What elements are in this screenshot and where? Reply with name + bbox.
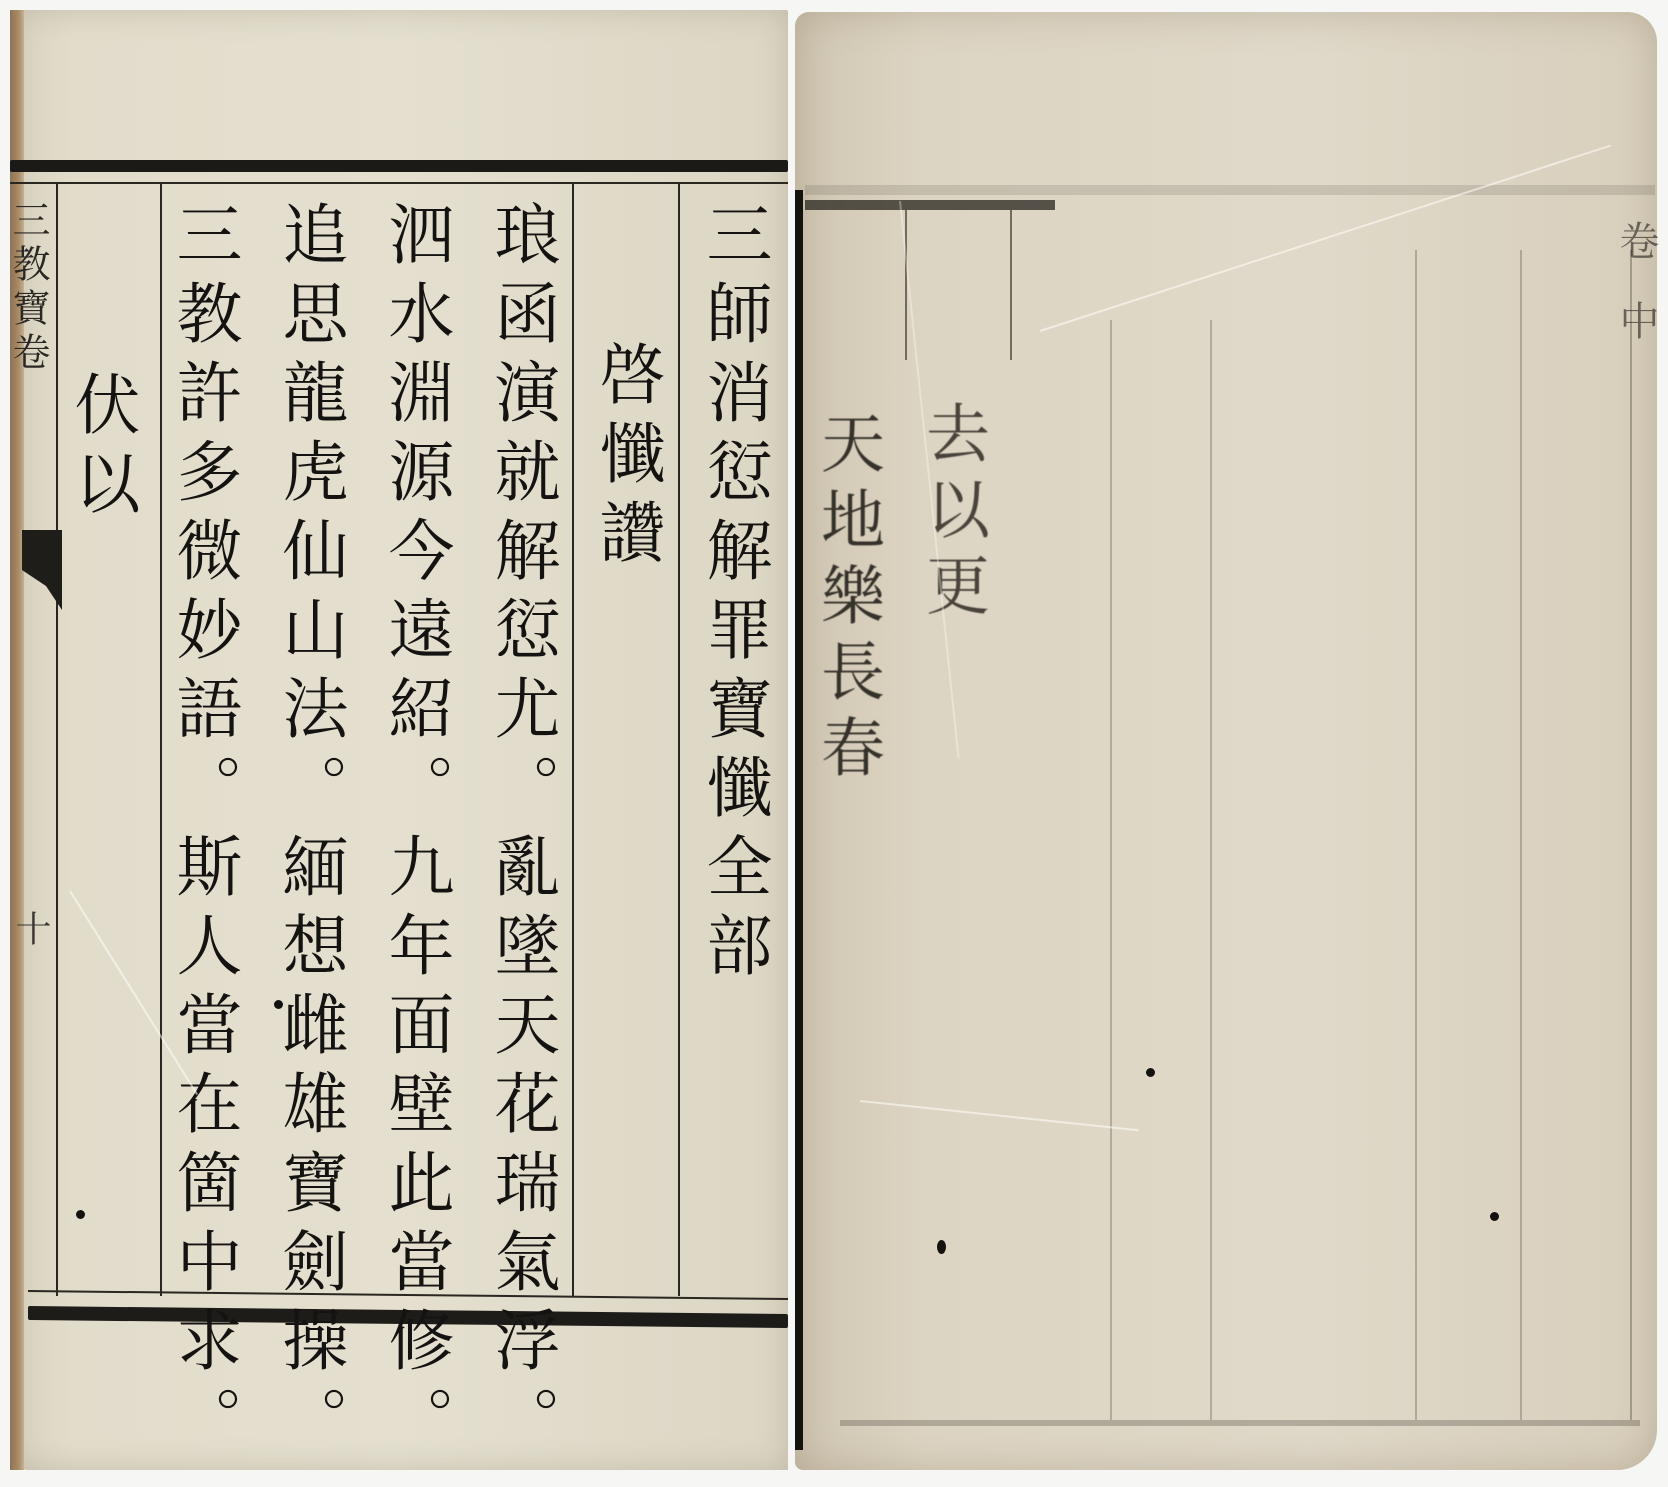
top-frame-border xyxy=(10,160,788,172)
scripture-title: 三師消愆解罪寶懺全部 xyxy=(700,200,766,990)
banxin-page-number: 十 xyxy=(16,910,56,946)
right-page xyxy=(795,12,1657,1470)
ink-dot xyxy=(1490,1212,1499,1221)
column-rule xyxy=(905,210,907,360)
opening-phrase: 伏以 xyxy=(68,370,134,528)
faded-column-rule xyxy=(1415,250,1417,1420)
section-heading: 啓懺讚 xyxy=(593,340,659,577)
verse-line-2: 泗水淵源今遠紹。九年面壁此當修。 xyxy=(382,200,448,1464)
book-photo: 三教寶卷 十 三師消愆解罪寶懺全部 啓懺讚 琅函演就解愆尤。亂墜天花瑞氣浮。 泗… xyxy=(0,0,1668,1487)
fishtail-ornament xyxy=(22,530,62,610)
left-page: 三教寶卷 十 三師消愆解罪寶懺全部 啓懺讚 琅函演就解愆尤。亂墜天花瑞氣浮。 泗… xyxy=(10,10,788,1470)
banxin-title: 三教寶卷 xyxy=(20,200,56,376)
faded-column-rule xyxy=(1210,320,1212,1420)
banxin-rule xyxy=(1630,250,1632,1420)
column-rule xyxy=(160,184,162,1296)
faded-column-rule xyxy=(1110,320,1112,1420)
faded-column-rule xyxy=(1520,250,1522,1420)
column-rule xyxy=(572,184,574,1296)
column-rule xyxy=(678,184,680,1296)
top-frame-inner-line xyxy=(10,182,788,184)
right-edge-banxin: 卷 中 xyxy=(1625,220,1665,340)
verse-line-1: 琅函演就解愆尤。亂墜天花瑞氣浮。 xyxy=(488,200,554,1464)
faded-top-border xyxy=(805,185,1655,195)
column-rule xyxy=(1010,210,1012,360)
ink-dot xyxy=(274,1000,283,1009)
ink-dot xyxy=(1146,1068,1155,1077)
verse-line-4: 三教許多微妙語。斯人當在箇中求。 xyxy=(170,200,236,1464)
verse-line-3: 追思龍虎仙山法。緬想雌雄寶劍操。 xyxy=(276,200,342,1464)
faded-inscription-1: 天地樂長春 xyxy=(815,410,879,790)
faded-inscription-2: 去以更 xyxy=(920,400,984,628)
gutter-shadow xyxy=(795,190,803,1450)
ink-dot xyxy=(76,1210,85,1219)
banxin-rule xyxy=(56,184,58,1296)
faded-bottom-border xyxy=(840,1420,1640,1426)
top-frame-border xyxy=(805,200,1055,210)
ink-dot xyxy=(937,1240,946,1254)
